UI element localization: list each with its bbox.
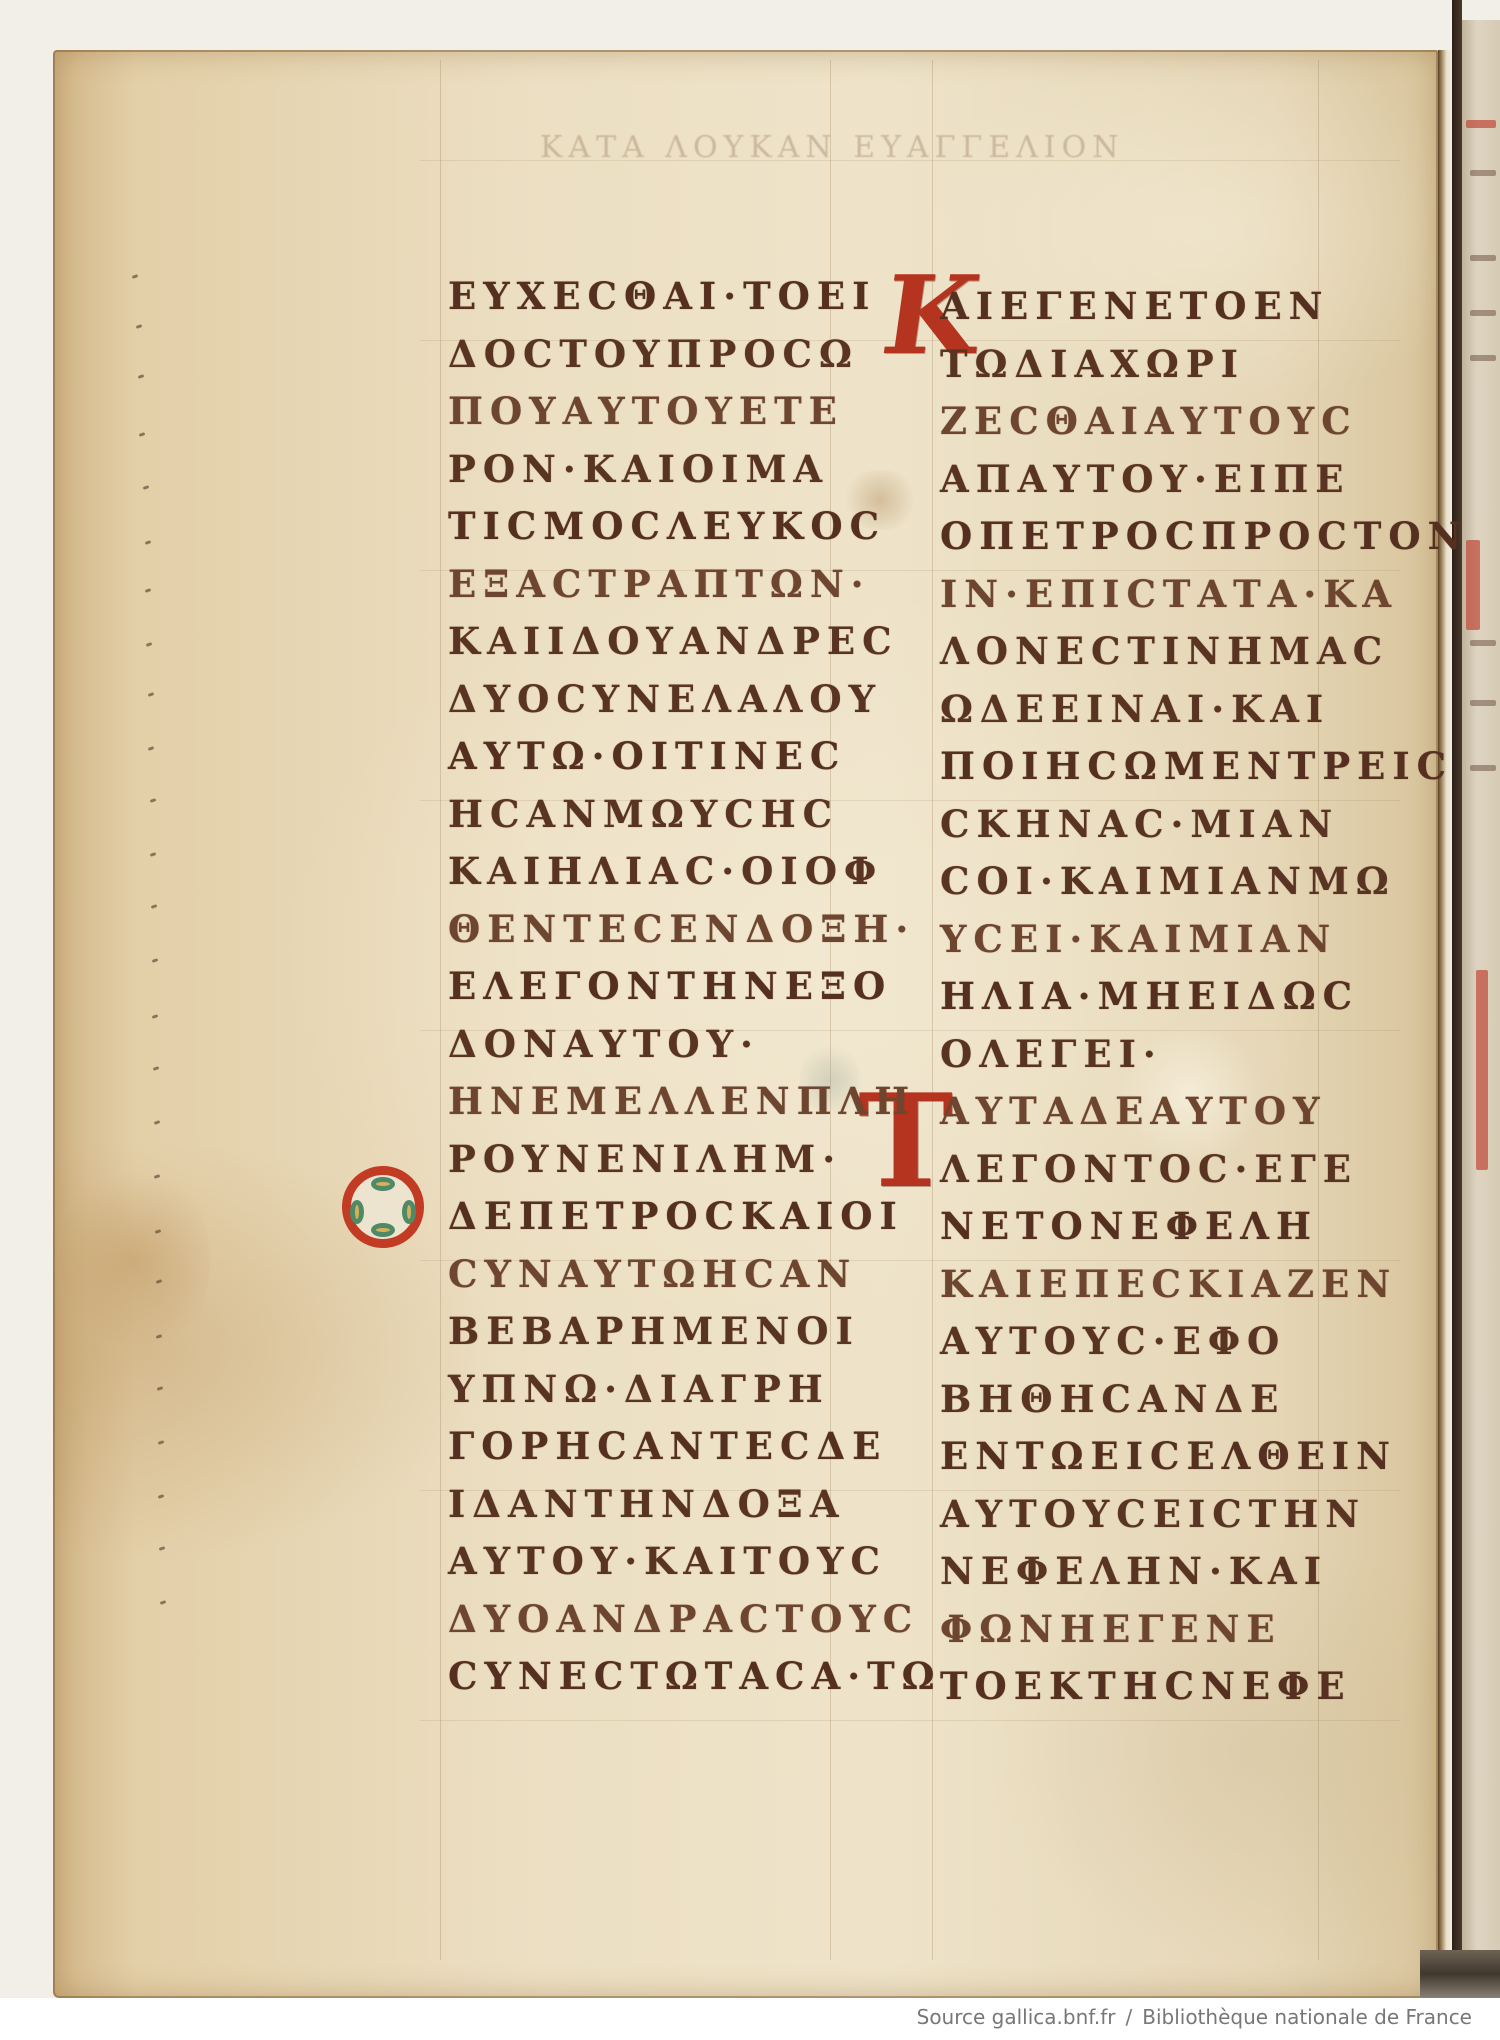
binding-corner	[1420, 1950, 1500, 1998]
text-line: ΓΟΡΗϹΑΝΤΕϹΔΕ	[448, 1418, 942, 1476]
text-column-left: ΕΥΧΕϹΘΑΙ·ΤΟΕΙ ΔΟϹΤΟΥΠΡΟϹΩ ΠΟΥΑΥΤΟΥΕΤΕ ΡΟ…	[448, 268, 942, 1706]
text-line: ΔΕΠΕΤΡΟϹΚΑΙΟΙ	[448, 1188, 942, 1246]
credit-separator: /	[1125, 2005, 1132, 2029]
text-line: ΗΝΕΜΕΛΛΕΝΠΛΗ	[448, 1073, 942, 1131]
text-line: ϹΟΙ·ΚΑΙΜΙΑΝΜΩ	[940, 853, 1468, 911]
ruling-line	[440, 60, 441, 1960]
text-line: ΑΥΤΟΥ·ΚΑΙΤΟΥϹ	[448, 1533, 942, 1591]
text-line: ΟΛΕΓΕΙ·	[940, 1026, 1468, 1084]
prick-mark	[150, 852, 157, 857]
prick-mark	[156, 1334, 163, 1339]
ornament-petal	[402, 1200, 416, 1224]
text-line: ΚΑΙΕΠΕϹΚΙΑΖΕΝ	[940, 1256, 1468, 1314]
prick-mark	[146, 642, 153, 647]
text-line: ΠΟΥΑΥΤΟΥΕΤΕ	[448, 383, 942, 441]
prick-mark	[150, 798, 157, 803]
text-line: ΒΕΒΑΡΗΜΕΝΟΙ	[448, 1303, 942, 1361]
text-line: ΤΟΕΚΤΗϹΝΕΦΕ	[940, 1658, 1468, 1716]
text-line: ΒΗΘΗϹΑΝΔΕ	[940, 1371, 1468, 1429]
text-column-right: ΑΙΕΓΕΝΕΤΟΕΝ ΤΩΔΙΑΧΩΡΙ ΖΕϹΘΑΙΑΥΤΟΥϹ ΑΠΑΥΤ…	[940, 278, 1468, 1716]
prick-mark	[154, 1174, 161, 1179]
prick-mark	[151, 904, 158, 909]
text-line: ΔΥΟϹΥΝΕΛΑΛΟΥ	[448, 671, 942, 729]
text-line: ΑΥΤΟΥϹΕΙϹΤΗΝ	[940, 1486, 1468, 1544]
text-line: ΕΞΑϹΤΡΑΠΤΩΝ·	[448, 556, 942, 614]
text-line: ΕΥΧΕϹΘΑΙ·ΤΟΕΙ	[448, 268, 942, 326]
source-credit: Source gallica.bnf.fr/Bibliothèque natio…	[917, 2005, 1472, 2029]
text-line: ΚΑΙΙΔΟΥΑΝΔΡΕϹ	[448, 613, 942, 671]
facing-page-rubric	[1466, 120, 1496, 128]
prick-mark	[132, 274, 139, 279]
running-title: ΚΑΤΑ ΛΟΥΚΑΝ ΕΥΑΓΓΕΛΙΟΝ	[540, 130, 1340, 165]
text-line: ΗΛΙΑ·ΜΗΕΙΔΩϹ	[940, 968, 1468, 1026]
prick-mark	[148, 746, 155, 751]
prick-mark	[158, 1494, 165, 1499]
facing-page-text	[1470, 355, 1496, 361]
facing-page-text	[1470, 170, 1496, 176]
prick-mark	[139, 432, 146, 437]
text-line: ΖΕϹΘΑΙΑΥΤΟΥϹ	[940, 393, 1468, 451]
text-line: ΩΔΕΕΙΝΑΙ·ΚΑΙ	[940, 681, 1468, 739]
text-line: ΑΥΤΩ·ΟΙΤΙΝΕϹ	[448, 728, 942, 786]
pricking-marks	[130, 275, 170, 1675]
text-line: ΗϹΑΝΜΩΥϹΗϹ	[448, 786, 942, 844]
facing-page-text	[1470, 700, 1496, 706]
facing-page-text	[1470, 310, 1496, 316]
prick-mark	[152, 958, 159, 963]
prick-mark	[136, 324, 143, 329]
manuscript-viewer: ΚΑΤΑ ΛΟΥΚΑΝ ΕΥΑΓΓΕΛΙΟΝ Κ Τ ΕΥΧΕϹΘΑΙ·ΤΟΕΙ…	[0, 0, 1500, 2040]
prick-mark	[153, 1066, 160, 1071]
decorated-omicron-initial	[342, 1166, 424, 1248]
text-line: ΕΝΤΩΕΙϹΕΛΘΕΙΝ	[940, 1428, 1468, 1486]
ornament-petal	[371, 1223, 395, 1237]
text-line: ΑΥΤΟΥϹ·ΕΦΟ	[940, 1313, 1468, 1371]
text-line: ΔΟΝΑΥΤΟΥ·	[448, 1016, 942, 1074]
prick-mark	[152, 1014, 159, 1019]
prick-mark	[157, 1386, 164, 1391]
text-line: ΔΟϹΤΟΥΠΡΟϹΩ	[448, 326, 942, 384]
text-line: ΡΟΝ·ΚΑΙΟΙΜΑ	[448, 441, 942, 499]
prick-mark	[154, 1120, 161, 1125]
text-line: ΛΕΓΟΝΤΟϹ·ΕΓΕ	[940, 1141, 1468, 1199]
facing-page-text	[1470, 765, 1496, 771]
text-line: ΔΥΟΑΝΔΡΑϹΤΟΥϹ	[448, 1591, 942, 1649]
text-line: ΤΩΔΙΑΧΩΡΙ	[940, 336, 1468, 394]
text-line: ΑΠΑΥΤΟΥ·ΕΙΠΕ	[940, 451, 1468, 509]
text-line: ϹΥΝΕϹΤΩΤΑϹΑ·ΤΩ	[448, 1648, 942, 1706]
source-label: Source gallica.bnf.fr	[917, 2005, 1116, 2029]
facing-page-text	[1470, 640, 1496, 646]
prick-mark	[145, 588, 152, 593]
text-line: ϹΥΝΑΥΤΩΗϹΑΝ	[448, 1246, 942, 1304]
text-line: ϹΚΗΝΑϹ·ΜΙΑΝ	[940, 796, 1468, 854]
prick-mark	[145, 540, 152, 545]
prick-mark	[160, 1600, 167, 1605]
text-line: ΛΟΝΕϹΤΙΝΗΜΑϹ	[940, 623, 1468, 681]
text-line: ΡΟΥΝΕΝΙΛΗΜ·	[448, 1131, 942, 1189]
text-line: ΦΩΝΗΕΓΕΝΕ	[940, 1601, 1468, 1659]
text-line: ΥϹΕΙ·ΚΑΙΜΙΑΝ	[940, 911, 1468, 969]
text-line: ΙΔΑΝΤΗΝΔΟΞΑ	[448, 1476, 942, 1534]
text-line: ΘΕΝΤΕϹΕΝΔΟΞΗ·	[448, 901, 942, 959]
text-line: ΝΕΤΟΝΕΦΕΛΗ	[940, 1198, 1468, 1256]
ruling-line	[420, 1720, 1400, 1721]
prick-mark	[156, 1279, 163, 1284]
text-line: ΤΙϹΜΟϹΛΕΥΚΟϹ	[448, 498, 942, 556]
ornament-petal	[371, 1177, 395, 1191]
institution-label: Bibliothèque nationale de France	[1142, 2005, 1472, 2029]
text-line: ΕΛΕΓΟΝΤΗΝΕΞΟ	[448, 958, 942, 1016]
prick-mark	[155, 1229, 162, 1234]
text-line: ΑΥΤΑΔΕΑΥΤΟΥ	[940, 1083, 1468, 1141]
ornament-petal	[350, 1200, 364, 1224]
facing-page-text	[1470, 255, 1496, 261]
text-line: ΑΙΕΓΕΝΕΤΟΕΝ	[940, 278, 1468, 336]
prick-mark	[159, 1546, 166, 1551]
text-line: ΝΕΦΕΛΗΝ·ΚΑΙ	[940, 1543, 1468, 1601]
text-line: ΙΝ·ΕΠΙϹΤΑΤΑ·ΚΑ	[940, 566, 1468, 624]
text-line: ΚΑΙΗΛΙΑϹ·ΟΙΟΦ	[448, 843, 942, 901]
facing-page-rubric	[1476, 970, 1488, 1170]
prick-mark	[158, 1440, 165, 1445]
prick-mark	[143, 485, 150, 490]
text-line: ΥΠΝΩ·ΔΙΑΓΡΗ	[448, 1361, 942, 1419]
prick-mark	[148, 692, 155, 697]
text-line: ΠΟΙΗϹΩΜΕΝΤΡΕΙϹ	[940, 738, 1468, 796]
text-line: ΟΠΕΤΡΟϹΠΡΟϹΤΟΝ	[940, 508, 1468, 566]
prick-mark	[138, 374, 145, 379]
